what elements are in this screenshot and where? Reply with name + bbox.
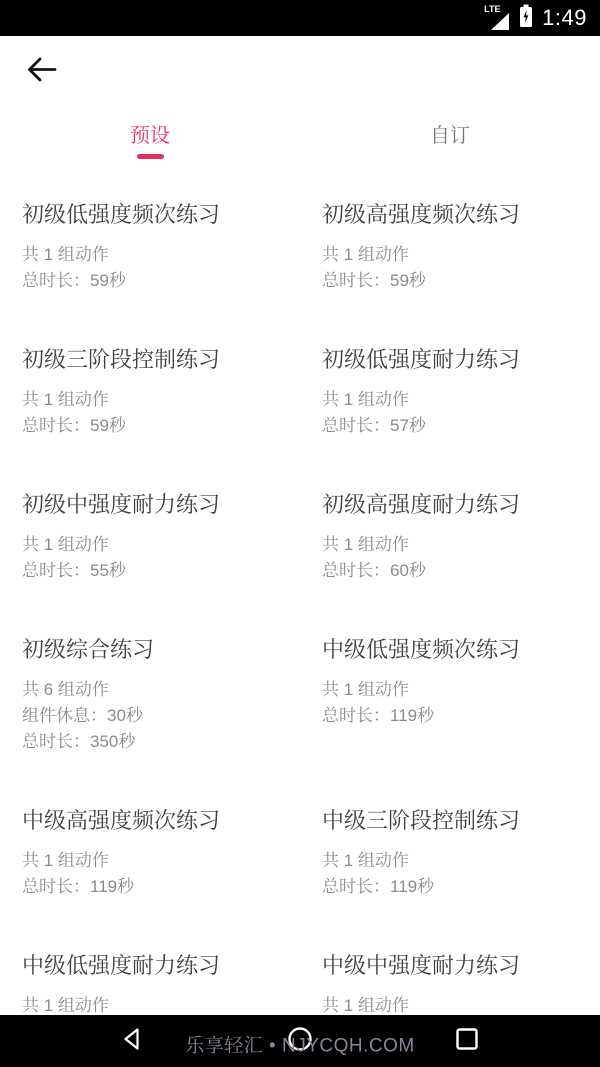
preset-details: 共 6 组动作组件休息：30秒总时长：350秒 bbox=[22, 677, 290, 755]
tab-preset[interactable]: 预设 bbox=[0, 118, 300, 170]
preset-details: 共 1 组动作总时长：60秒 bbox=[322, 532, 590, 584]
lte-signal-icon: LTE bbox=[484, 5, 510, 31]
preset-details: 共 1 组动作总时长：59秒 bbox=[22, 242, 290, 294]
battery-charging-icon bbox=[519, 4, 533, 33]
preset-detail-line: 共 1 组动作 bbox=[322, 848, 590, 874]
tab-custom-label: 自订 bbox=[430, 123, 470, 149]
preset-detail-line: 总时长：59秒 bbox=[22, 413, 290, 439]
preset-details: 共 1 组动作总时长：59秒 bbox=[22, 387, 290, 439]
preset-detail-line: 共 1 组动作 bbox=[322, 677, 590, 703]
preset-details: 共 1 组动作总时长：59秒 bbox=[322, 242, 590, 294]
preset-title: 初级高强度耐力练习 bbox=[322, 490, 590, 520]
tab-custom[interactable]: 自订 bbox=[300, 118, 600, 170]
preset-title: 中级中强度耐力练习 bbox=[322, 951, 590, 981]
preset-details: 共 1 组动作总时长：119秒 bbox=[322, 848, 590, 900]
preset-item[interactable]: 初级高强度耐力练习共 1 组动作总时长：60秒 bbox=[300, 490, 600, 584]
preset-title: 中级高强度频次练习 bbox=[22, 806, 290, 836]
preset-item[interactable]: 中级三阶段控制练习共 1 组动作总时长：119秒 bbox=[300, 806, 600, 900]
preset-detail-line: 总时长：57秒 bbox=[322, 413, 590, 439]
nav-recents-button[interactable] bbox=[453, 1027, 481, 1055]
preset-details: 共 1 组动作总时长：57秒 bbox=[322, 387, 590, 439]
preset-item[interactable]: 初级低强度频次练习共 1 组动作总时长：59秒 bbox=[0, 200, 300, 294]
preset-item[interactable]: 中级高强度频次练习共 1 组动作总时长：119秒 bbox=[0, 806, 300, 900]
preset-title: 初级低强度频次练习 bbox=[22, 200, 290, 230]
preset-title: 初级三阶段控制练习 bbox=[22, 345, 290, 375]
preset-item[interactable]: 初级低强度耐力练习共 1 组动作总时长：57秒 bbox=[300, 345, 600, 439]
preset-detail-line: 总时长：119秒 bbox=[22, 874, 290, 900]
preset-grid: 初级低强度频次练习共 1 组动作总时长：59秒初级高强度频次练习共 1 组动作总… bbox=[0, 200, 600, 1019]
preset-title: 中级三阶段控制练习 bbox=[322, 806, 590, 836]
home-circle-icon bbox=[286, 1025, 314, 1058]
preset-title: 初级低强度耐力练习 bbox=[322, 345, 590, 375]
preset-item[interactable]: 初级综合练习共 6 组动作组件休息：30秒总时长：350秒 bbox=[0, 635, 300, 755]
recents-square-icon bbox=[453, 1025, 481, 1058]
nav-home-button[interactable] bbox=[286, 1027, 314, 1055]
preset-details: 共 1 组动作总时长：119秒 bbox=[22, 848, 290, 900]
back-triangle-icon bbox=[119, 1025, 147, 1058]
preset-title: 中级低强度耐力练习 bbox=[22, 951, 290, 981]
preset-detail-line: 共 1 组动作 bbox=[22, 242, 290, 268]
preset-item[interactable]: 中级低强度频次练习共 1 组动作总时长：119秒 bbox=[300, 635, 600, 755]
preset-details: 共 1 组动作总时长：119秒 bbox=[322, 677, 590, 729]
preset-detail-line: 共 1 组动作 bbox=[22, 387, 290, 413]
preset-detail-line: 总时长：60秒 bbox=[322, 558, 590, 584]
preset-detail-line: 总时长：59秒 bbox=[322, 268, 590, 294]
preset-detail-line: 共 1 组动作 bbox=[322, 242, 590, 268]
tab-bar: 预设 自订 bbox=[0, 118, 600, 170]
preset-detail-line: 总时长：119秒 bbox=[322, 703, 590, 729]
preset-item[interactable]: 初级中强度耐力练习共 1 组动作总时长：55秒 bbox=[0, 490, 300, 584]
preset-detail-line: 组件休息：30秒 bbox=[22, 703, 290, 729]
preset-item[interactable]: 中级中强度耐力练习共 1 组动作 bbox=[300, 951, 600, 1019]
preset-detail-line: 共 1 组动作 bbox=[322, 387, 590, 413]
back-arrow-icon bbox=[26, 54, 58, 91]
preset-item[interactable]: 初级三阶段控制练习共 1 组动作总时长：59秒 bbox=[0, 345, 300, 439]
preset-detail-line: 总时长：350秒 bbox=[22, 729, 290, 755]
preset-title: 初级中强度耐力练习 bbox=[22, 490, 290, 520]
preset-detail-line: 共 1 组动作 bbox=[322, 532, 590, 558]
app-bar bbox=[0, 36, 600, 110]
preset-title: 初级高强度频次练习 bbox=[322, 200, 590, 230]
status-bar: LTE 1:49 bbox=[0, 0, 600, 36]
active-tab-underline bbox=[137, 154, 164, 159]
preset-detail-line: 总时长：119秒 bbox=[322, 874, 590, 900]
preset-detail-line: 总时长：55秒 bbox=[22, 558, 290, 584]
preset-detail-line: 共 1 组动作 bbox=[22, 848, 290, 874]
nav-back-button[interactable] bbox=[119, 1027, 147, 1055]
nav-bar: 乐享轻汇 • NJYCQH.COM bbox=[0, 1015, 600, 1067]
tab-preset-label: 预设 bbox=[130, 123, 170, 149]
preset-title: 中级低强度频次练习 bbox=[322, 635, 590, 665]
preset-title: 初级综合练习 bbox=[22, 635, 290, 665]
preset-detail-line: 共 6 组动作 bbox=[22, 677, 290, 703]
status-time: 1:49 bbox=[542, 5, 587, 31]
preset-detail-line: 总时长：59秒 bbox=[22, 268, 290, 294]
preset-item[interactable]: 初级高强度频次练习共 1 组动作总时长：59秒 bbox=[300, 200, 600, 294]
preset-details: 共 1 组动作总时长：55秒 bbox=[22, 532, 290, 584]
preset-item[interactable]: 中级低强度耐力练习共 1 组动作 bbox=[0, 951, 300, 1019]
back-button[interactable] bbox=[22, 52, 62, 92]
preset-detail-line: 共 1 组动作 bbox=[22, 532, 290, 558]
app-screen: LTE 1:49 预设 bbox=[0, 0, 600, 1067]
